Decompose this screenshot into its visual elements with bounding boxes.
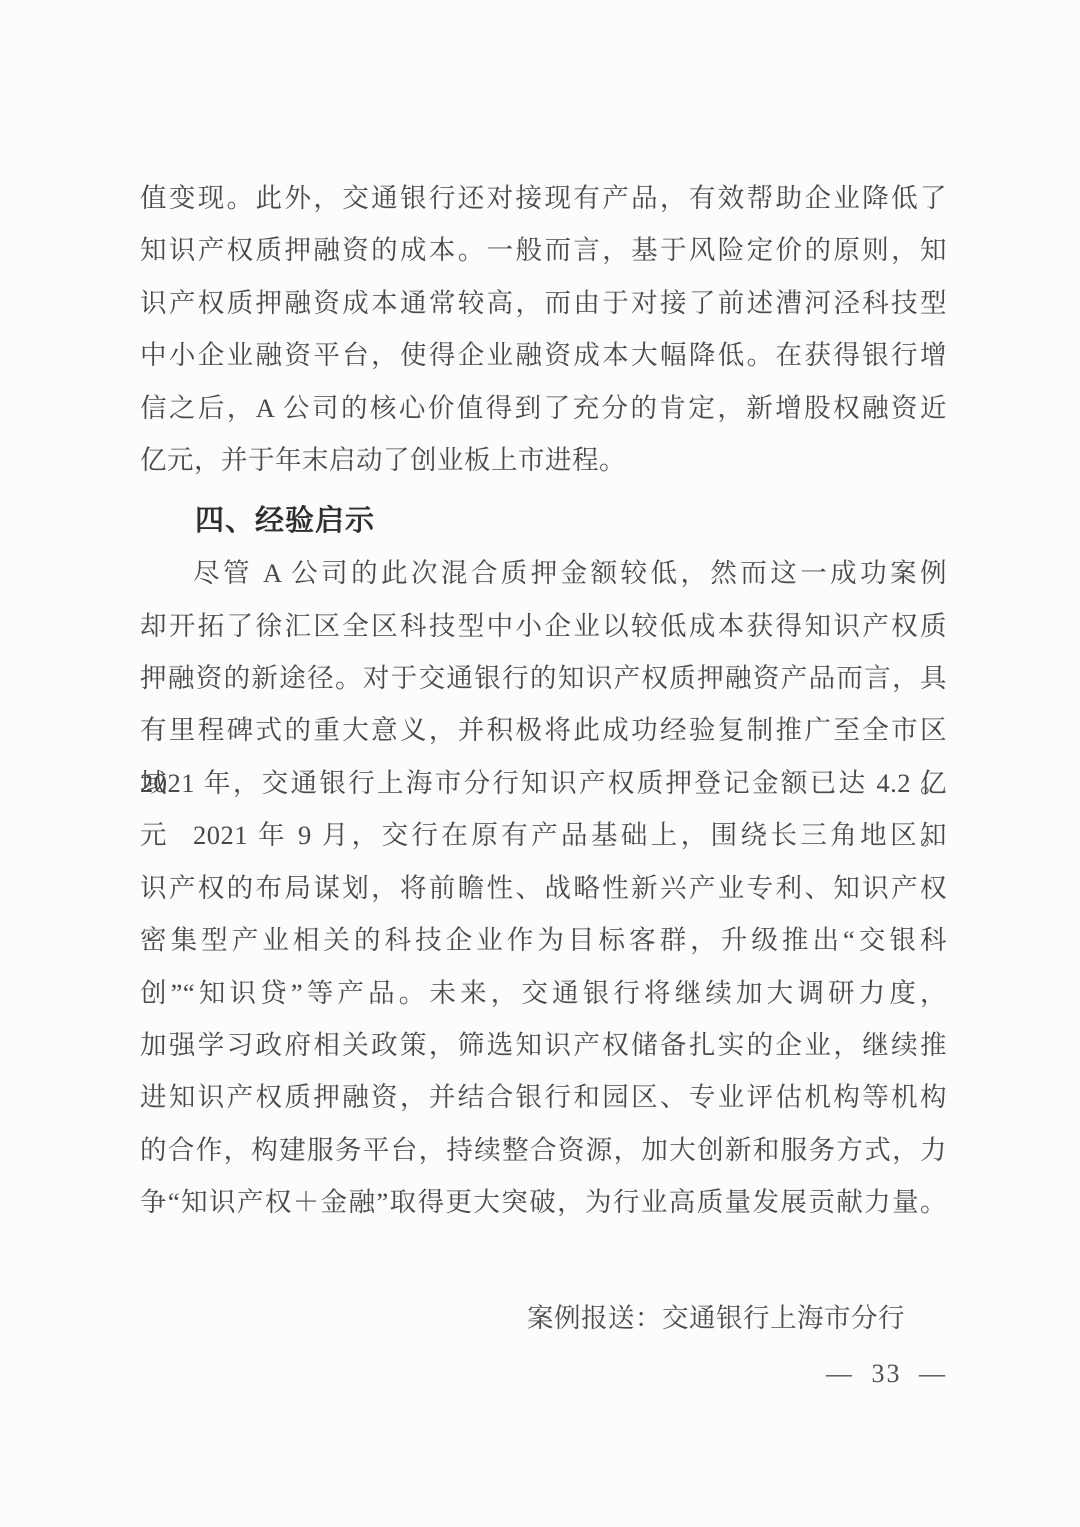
attribution-line: 案例报送：交通银行上海市分行 bbox=[140, 1292, 947, 1344]
section-heading: 四、经验启示 bbox=[140, 495, 947, 547]
text-line: 亿元，并于年末启动了创业板上市进程。 bbox=[140, 434, 947, 486]
text-line: 识产权质押融资成本通常较高，而由于对接了前述漕河泾科技型 bbox=[140, 277, 947, 329]
text-line: 值变现。此外，交通银行还对接现有产品，有效帮助企业降低了 bbox=[140, 172, 947, 224]
paragraph-3: 2021 年 9 月，交行在原有产品基础上，围绕长三角地区知 识产权的布局谋划，… bbox=[140, 809, 947, 1229]
text-line: 知识产权质押融资的成本。一般而言，基于风险定价的原则，知 bbox=[140, 224, 947, 276]
text-line: 押融资的新途径。对于交通银行的知识产权质押融资产品而言，具 bbox=[140, 652, 947, 704]
text-line: 的合作，构建服务平台，持续整合资源，加大创新和服务方式，力 bbox=[140, 1124, 947, 1176]
paragraph-1: 值变现。此外，交通银行还对接现有产品，有效帮助企业降低了 知识产权质押融资的成本… bbox=[140, 172, 947, 487]
text-line: 创”“知识贷”等产品。未来，交通银行将继续加大调研力度， bbox=[140, 967, 947, 1019]
text-line: 加强学习政府相关政策，筛选知识产权储备扎实的企业，继续推 bbox=[140, 1019, 947, 1071]
text-line: 2021 年，交通银行上海市分行知识产权质押登记金额已达 4.2 亿元。 bbox=[140, 757, 947, 809]
text-line: 密集型产业相关的科技企业作为目标客群，升级推出“交银科 bbox=[140, 914, 947, 966]
page-number: — 33 — bbox=[140, 1348, 947, 1400]
text-line: 中小企业融资平台，使得企业融资成本大幅降低。在获得银行增 bbox=[140, 329, 947, 381]
text-line: 尽管 A 公司的此次混合质押金额较低，然而这一成功案例 bbox=[140, 547, 947, 599]
paragraph-2: 尽管 A 公司的此次混合质押金额较低，然而这一成功案例 却开拓了徐汇区全区科技型… bbox=[140, 547, 947, 809]
text-block: 值变现。此外，交通银行还对接现有产品，有效帮助企业降低了 知识产权质押融资的成本… bbox=[140, 0, 947, 1401]
document-page: 值变现。此外，交通银行还对接现有产品，有效帮助企业降低了 知识产权质押融资的成本… bbox=[0, 0, 1080, 1527]
text-line: 识产权的布局谋划，将前瞻性、战略性新兴产业专利、知识产权 bbox=[140, 862, 947, 914]
text-line: 争“知识产权＋金融”取得更大突破，为行业高质量发展贡献力量。 bbox=[140, 1176, 947, 1228]
text-line: 有里程碑式的重大意义，并积极将此成功经验复制推广至全市区域。 bbox=[140, 704, 947, 756]
text-line: 进知识产权质押融资，并结合银行和园区、专业评估机构等机构 bbox=[140, 1071, 947, 1123]
text-line: 信之后，A 公司的核心价值得到了充分的肯定，新增股权融资近 bbox=[140, 382, 947, 434]
text-line: 却开拓了徐汇区全区科技型中小企业以较低成本获得知识产权质 bbox=[140, 600, 947, 652]
text-line: 2021 年 9 月，交行在原有产品基础上，围绕长三角地区知 bbox=[140, 809, 947, 861]
